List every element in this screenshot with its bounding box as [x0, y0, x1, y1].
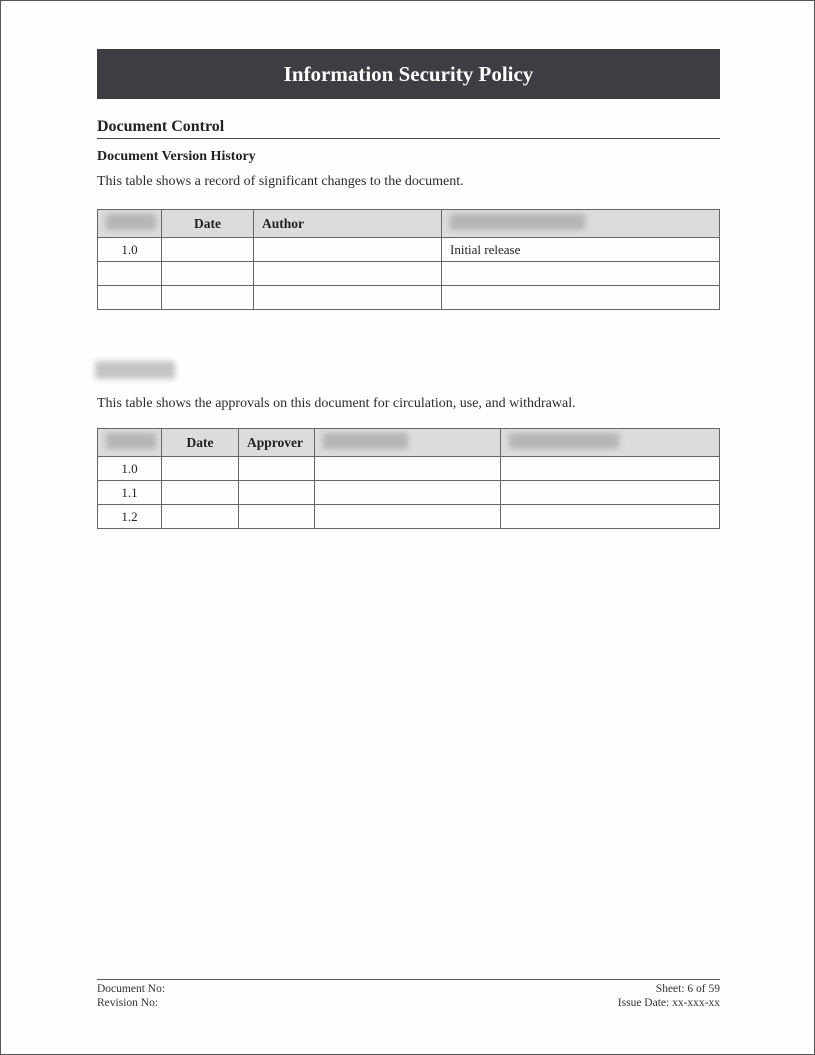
cell-approver	[239, 457, 315, 481]
approvals-table: Date Approver 1.0 1.1 1.2	[97, 428, 720, 529]
column-header-approver: Approver	[239, 429, 315, 457]
cell-description	[442, 286, 720, 310]
column-header-redacted	[501, 429, 720, 457]
column-header-redacted	[98, 210, 162, 238]
cell-date	[162, 481, 239, 505]
cell-version: 1.0	[98, 238, 162, 262]
cell-redacted	[501, 505, 720, 529]
section-heading-document-control: Document Control	[97, 118, 720, 139]
cell-version: 1.2	[98, 505, 162, 529]
table-header-row: Date Author	[98, 210, 720, 238]
cell-description: Initial release	[442, 238, 720, 262]
cell-redacted	[501, 481, 720, 505]
document-page: Information Security Policy Document Con…	[0, 0, 815, 1055]
cell-date	[162, 457, 239, 481]
version-history-heading: Document Version History	[97, 149, 256, 165]
approvals-description: This table shows the approvals on this d…	[97, 396, 576, 412]
column-header-redacted	[98, 429, 162, 457]
cell-redacted	[315, 457, 501, 481]
document-title-banner: Information Security Policy	[97, 49, 720, 99]
cell-author	[254, 262, 442, 286]
cell-version: 1.0	[98, 457, 162, 481]
cell-date	[162, 286, 254, 310]
cell-date	[162, 238, 254, 262]
version-history-table: Date Author 1.0 Initial release	[97, 209, 720, 310]
page-footer: Document No: Sheet: 6 of 59 Revision No:…	[97, 979, 720, 1010]
cell-date	[162, 262, 254, 286]
cell-version	[98, 262, 162, 286]
column-header-date: Date	[162, 210, 254, 238]
table-row	[98, 262, 720, 286]
cell-version	[98, 286, 162, 310]
version-history-description: This table shows a record of significant…	[97, 174, 464, 190]
table-row: 1.0	[98, 457, 720, 481]
cell-redacted	[501, 457, 720, 481]
sheet-number: Sheet: 6 of 59	[656, 982, 720, 996]
cell-redacted	[315, 505, 501, 529]
approvals-heading-redacted	[95, 361, 175, 384]
cell-approver	[239, 505, 315, 529]
cell-redacted	[315, 481, 501, 505]
table-row: 1.1	[98, 481, 720, 505]
table-row	[98, 286, 720, 310]
cell-date	[162, 505, 239, 529]
cell-version: 1.1	[98, 481, 162, 505]
column-header-redacted	[315, 429, 501, 457]
issue-date: Issue Date: xx-xxx-xx	[618, 996, 720, 1010]
column-header-date: Date	[162, 429, 239, 457]
cell-author	[254, 238, 442, 262]
cell-description	[442, 262, 720, 286]
revision-no-label: Revision No:	[97, 996, 158, 1010]
cell-approver	[239, 481, 315, 505]
document-title: Information Security Policy	[284, 62, 534, 87]
table-row: 1.2	[98, 505, 720, 529]
cell-author	[254, 286, 442, 310]
table-row: 1.0 Initial release	[98, 238, 720, 262]
document-no-label: Document No:	[97, 982, 165, 996]
column-header-author: Author	[254, 210, 442, 238]
table-header-row: Date Approver	[98, 429, 720, 457]
column-header-redacted	[442, 210, 720, 238]
